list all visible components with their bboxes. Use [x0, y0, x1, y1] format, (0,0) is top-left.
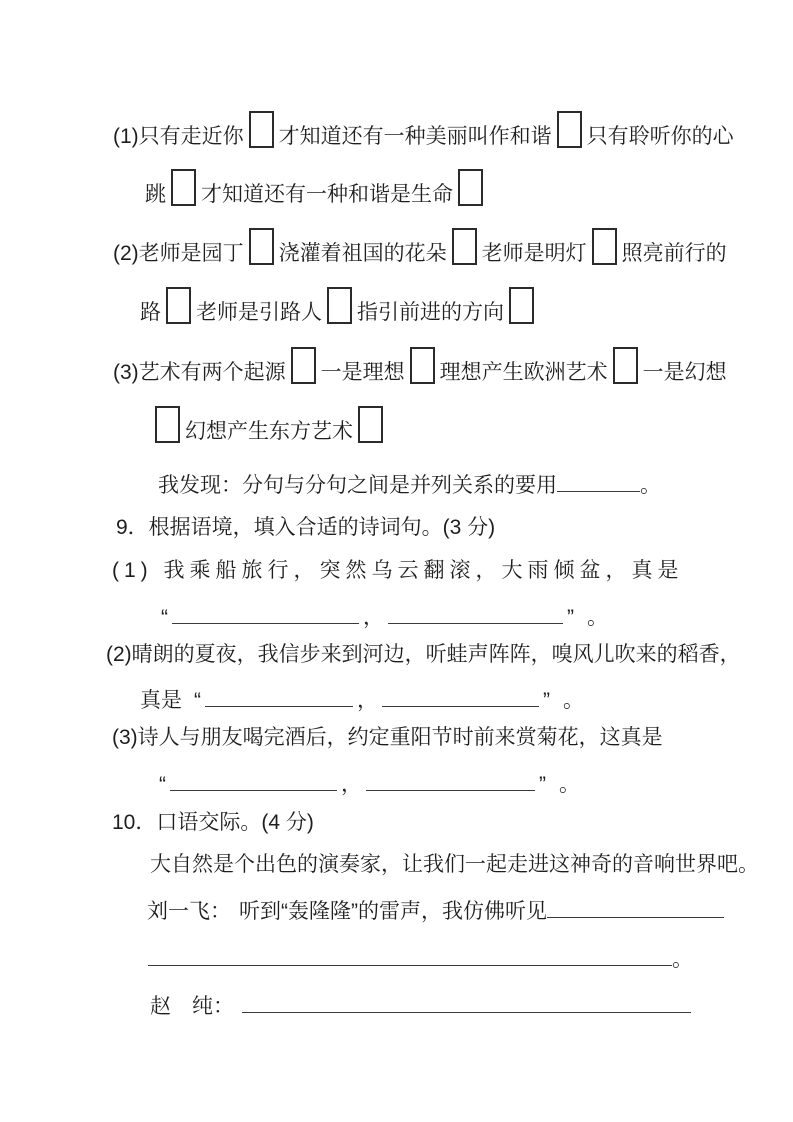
punctuation-box [249, 228, 274, 265]
question9-title: 9．根据语境，填入合适的诗词句。(3 分) [116, 514, 495, 541]
prefix-text: 真是 [140, 689, 182, 712]
clause-text: 照亮前行的 [622, 242, 727, 265]
answer-blank [172, 599, 359, 624]
q9-item2-prompt: (2)晴朗的夏夜，我信步来到河边，听蛙声阵阵，嗅风儿吹来的稻香， [106, 641, 741, 668]
worksheet-page: (1)只有走近你 才知道还有一种美丽叫作和谐 只有聆听你的心 跳 才知道还有一种… [0, 0, 793, 1122]
question-title-text: 9．根据语境，填入合适的诗词句。(3 分) [116, 516, 495, 539]
clause-text: 才知道还有一种美丽叫作和谐 [279, 125, 552, 148]
comma: ， [359, 606, 388, 629]
clause-text: 浇灌着祖国的花朵 [279, 242, 447, 265]
comma: ， [353, 689, 382, 712]
answer-blank [366, 766, 535, 791]
punctuation-box [592, 228, 617, 265]
speaker-name: 赵 纯： [150, 995, 234, 1018]
clause-text: (3)艺术有两个起源 [113, 361, 286, 384]
punctuation-box [291, 347, 316, 384]
period: 。 [587, 606, 608, 629]
q10-intro: 大自然是个出色的演奏家，让我们一起走进这神奇的音响世界吧。 [150, 851, 759, 878]
punctuation-box [452, 228, 477, 265]
punctuation-box [458, 169, 483, 206]
punctuation-item1-line2: 跳 才知道还有一种和谐是生命 [145, 167, 488, 206]
clause-text: 一是幻想 [643, 361, 727, 384]
period: 。 [559, 773, 580, 796]
punctuation-item1-line1: (1)只有走近你 才知道还有一种美丽叫作和谐 只有聆听你的心 [113, 109, 734, 148]
punctuation-item2-line1: (2)老师是园丁 浇灌着祖国的花朵 老师是明灯 照亮前行的 [113, 226, 727, 265]
clause-text: 一是理想 [321, 361, 405, 384]
speaker-text: 听到“轰隆隆”的雷声，我仿佛听见 [239, 900, 547, 923]
period: 。 [672, 948, 693, 971]
clause-text: (1)只有走近你 [113, 125, 244, 148]
close-quote: ” [563, 606, 578, 629]
answer-blank [170, 766, 337, 791]
punctuation-box [155, 406, 180, 443]
q9-item1-prompt: (1) 我乘船旅行，突然乌云翻滚，大雨倾盆，真是 [112, 557, 684, 584]
punctuation-box [509, 287, 534, 324]
answer-blank [557, 467, 640, 492]
punctuation-box [410, 347, 435, 384]
speaker-name: 刘一飞： [147, 900, 231, 923]
punctuation-box [557, 111, 582, 148]
open-quote: “ [190, 689, 205, 712]
q10-speaker1-continuation: 。 [148, 941, 693, 973]
clause-text: 理想产生欧洲艺术 [440, 361, 608, 384]
answer-blank [388, 599, 563, 624]
close-quote: ” [535, 773, 550, 796]
q10-speaker1-line: 刘一飞：听到“轰隆隆”的雷声，我仿佛听见 [147, 893, 724, 925]
punctuation-item3-line2: 幻想产生东方艺术 [150, 404, 388, 443]
clause-text: 才知道还有一种和谐是生命 [201, 183, 453, 206]
punctuation-box [249, 111, 274, 148]
period: 。 [563, 689, 584, 712]
q9-item3-prompt: (3)诗人与朋友喝完酒后，约定重阳节时前来赏菊花，这真是 [112, 724, 663, 751]
discovery-line: 我发现：分句与分句之间是并列关系的要用。 [158, 467, 661, 499]
clause-text: 老师是引路人 [196, 301, 322, 324]
period: 。 [640, 474, 661, 497]
punctuation-box [166, 287, 191, 324]
clause-text: 幻想产生东方艺术 [185, 420, 353, 443]
prompt-text: (1) 我乘船旅行，突然乌云翻滚，大雨倾盆，真是 [112, 559, 684, 582]
clause-text: 跳 [145, 183, 166, 206]
intro-text: 大自然是个出色的演奏家，让我们一起走进这神奇的音响世界吧。 [150, 853, 759, 876]
clause-text: (2)老师是园丁 [113, 242, 244, 265]
q9-item2-answer-line: 真是“，”。 [140, 682, 584, 714]
answer-blank [205, 682, 353, 707]
q10-speaker2-line: 赵 纯： [150, 988, 691, 1020]
punctuation-box [613, 347, 638, 384]
clause-text: 老师是明灯 [482, 242, 587, 265]
clause-text: 路 [140, 301, 161, 324]
punctuation-item3-line1: (3)艺术有两个起源 一是理想 理想产生欧洲艺术 一是幻想 [113, 345, 727, 384]
punctuation-item2-line2: 路 老师是引路人 指引前进的方向 [140, 285, 539, 324]
close-quote: ” [539, 689, 554, 712]
prompt-text: (2)晴朗的夏夜，我信步来到河边，听蛙声阵阵，嗅风儿吹来的稻香， [106, 643, 741, 666]
punctuation-box [358, 406, 383, 443]
discovery-text: 我发现：分句与分句之间是并列关系的要用 [158, 474, 557, 497]
comma: ， [337, 773, 366, 796]
q9-item3-answer-line: “，”。 [155, 766, 580, 798]
clause-text: 指引前进的方向 [357, 301, 504, 324]
punctuation-box [171, 169, 196, 206]
open-quote: “ [155, 773, 170, 796]
answer-blank [242, 988, 691, 1013]
punctuation-box [327, 287, 352, 324]
answer-blank [547, 893, 724, 918]
question-title-text: 10．口语交际。(4 分) [112, 811, 314, 834]
answer-blank [382, 682, 539, 707]
prompt-text: (3)诗人与朋友喝完酒后，约定重阳节时前来赏菊花，这真是 [112, 726, 663, 749]
answer-blank [148, 941, 672, 966]
q9-item1-answer-line: “，”。 [157, 599, 608, 631]
clause-text: 只有聆听你的心 [587, 125, 734, 148]
open-quote: “ [157, 606, 172, 629]
question10-title: 10．口语交际。(4 分) [112, 809, 314, 836]
